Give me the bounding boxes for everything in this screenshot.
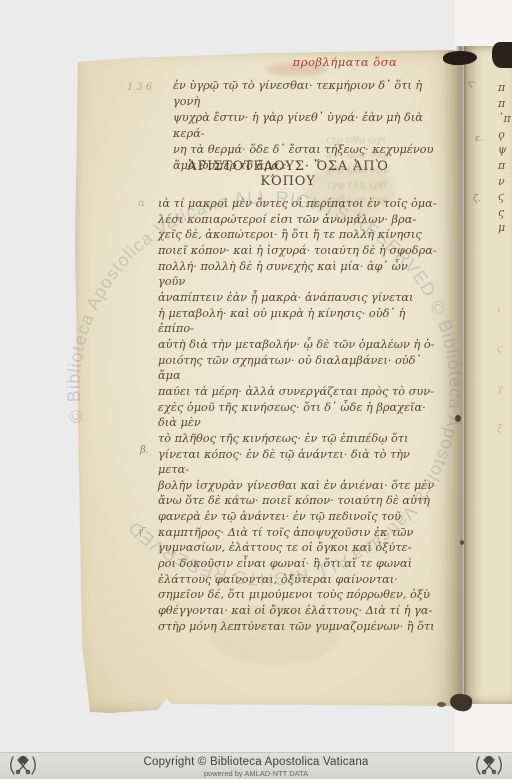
manuscript-line: τὸ πλῆθος τῆς κινήσεως· ἐν τῷ ἐπιπέδῳ ὅτ… — [158, 431, 438, 447]
manuscript-line: ροι δοκοῦσιν εἶναι φωναί· ἢ ὅτι αἵ τε φω… — [158, 556, 438, 572]
bleedthrough-line: ϛερ πθμ ωχι — [326, 133, 494, 148]
manuscript-viewer: ππ῾πϙψπνϛςμ ιϛχξ· ς· ε. ζ. προβλήματα ὅσ… — [0, 0, 512, 779]
manuscript-line: φθέγγονται· καὶ οἱ ὄγκοι ἐλάττους· Διὰ τ… — [158, 603, 438, 619]
problem-number-beta: β. — [140, 445, 149, 456]
text-fragment: ν — [498, 174, 512, 190]
text-fragment: ῾π — [498, 111, 512, 127]
manuscript-page-wrap: προβλήματα ὅσα 136 ἐν ὑγρῷ τῷ τὸ γίνεσθα… — [70, 45, 462, 720]
text-fragment: π — [498, 80, 512, 96]
running-title: προβλήματα ὅσα — [270, 55, 420, 69]
folio-number: 136 — [127, 82, 155, 93]
text-fragment: ϙ — [498, 127, 512, 143]
binding-mark-top-right — [492, 42, 512, 68]
text-fragment: ξ — [497, 410, 511, 450]
problem-number-gamma: γ͂ — [139, 526, 143, 537]
manuscript-line: πολλή· πολλὴ δὲ ἡ συνεχὴς καὶ μία· ἀφ᾽ ὧ… — [158, 259, 438, 290]
manuscript-line: σημεῖον δέ, ὅτι μιμούμενοι τοὺς πόρρωθεν… — [158, 587, 438, 603]
text-fragment: χ — [497, 370, 511, 410]
manuscript-line: στὴρ μόνη λεπτύνεται τῶν γυμναζομένων· ἢ… — [158, 619, 438, 635]
manuscript-line: βολὴν ἰσχυρὰν γίνεσθαι καὶ ἐν ἀνιέναι· ὅ… — [158, 478, 438, 494]
manuscript-line: γυμνασίων, ἐλάττους τε οἱ ὄγκοι καὶ ὀξύτ… — [158, 540, 438, 556]
manuscript-line: λέσι κοπιαρώτεροί εἰσι τῶν ἀνωμάλων· βρα… — [158, 212, 438, 228]
problem-number-alpha: α — [138, 198, 145, 209]
facing-page-faint-fragments: ιϛχξ· — [497, 290, 511, 490]
text-fragment: ψ — [498, 142, 512, 158]
gutter-speck — [455, 415, 461, 422]
manuscript-line: ἄνω ὅτε δὲ κάτω· ποιεῖ κόπον· τοιαύτη δὲ… — [158, 493, 438, 509]
vatican-emblem-icon — [9, 752, 37, 778]
gutter-speck — [460, 540, 464, 545]
text-fragment: · — [497, 450, 511, 490]
manuscript-line: αὐτὴ διὰ τὴν μεταβολήν· ᾧ δὲ τῶν ὁμαλέων… — [158, 337, 438, 353]
text-fragment: ϛ — [497, 330, 511, 370]
copyright-text: Copyright © Biblioteca Apostolica Vatica… — [0, 756, 512, 768]
facing-page-text-fragments: ππ῾πϙψπνϛςμ — [498, 80, 512, 248]
facing-page-problem-number: ς· — [468, 78, 476, 89]
manuscript-line: γίνεται κόπος· ἐν δὲ τῷ ἀνάντει· διὰ τὸ … — [158, 447, 438, 478]
text-fragment: μ — [498, 220, 512, 236]
text-fragment: π — [498, 158, 512, 174]
manuscript-line: ἐν ὑγρῷ τῷ τὸ γίνεσθαι· τεκμήριον δ᾽ ὅτι… — [173, 78, 439, 110]
manuscript-line: φανερὰ ἐν τῷ ἀνάντει· ἐν τῷ πεδινοῖς τοῦ — [158, 509, 438, 525]
manuscript-line: ποιεῖ κόπον· καὶ ἡ ἰσχυρά· τοιαύτη δὲ ἡ … — [158, 243, 438, 259]
manuscript-line: ἀναπίπτειν ἐὰν ᾖ μακρὰ· ἀνάπαυσις γίνετα… — [158, 290, 438, 306]
text-fragment: ϛ — [498, 189, 512, 205]
text-fragment: π — [498, 96, 512, 112]
manuscript-line: ἡ μεταβολή· καὶ οὐ μικρὰ ἡ κίνησις· οὐδ᾽… — [158, 306, 438, 337]
vatican-emblem-icon — [475, 752, 503, 778]
text-fragment: ς — [498, 205, 512, 221]
footer-bar: Copyright © Biblioteca Apostolica Vatica… — [0, 752, 512, 779]
manuscript-line: χεῖς δὲ, ἀκοπώτεροι· ἢ ὅτι ἥ τε πολλὴ κί… — [158, 227, 438, 243]
manuscript-line: μοιότης τῶν σχημάτων· οὐ διαλαμβάνει· οὐ… — [158, 353, 438, 384]
main-text-block: ιὰ τί μακροὶ μὲν ὄντες οἱ περίπατοι ἐν τ… — [158, 196, 438, 634]
text-fragment: ι — [497, 290, 511, 330]
manuscript-line: εχὲς ὁμοῦ τῆς κινήσεως· ὅτι δ᾽ ὧδε ἡ βρα… — [158, 400, 438, 431]
section-heading: ἈΡΙΣΤΟΤΕΛΟΥΣ· ὍΣΑ ἈΠῸ ΚΌΠΟΥ — [162, 159, 414, 189]
manuscript-line: παύει τὰ μέρη· ἀλλὰ συνεργάζεται πρὸς τὸ… — [158, 384, 438, 400]
powered-by-text: powered by AMLAD-NTT DATA — [0, 769, 512, 778]
manuscript-line: ἐλάττους φαίνονται, ὀξύτεραι φαίνονται· — [158, 572, 438, 588]
gutter-speck — [437, 702, 446, 707]
manuscript-line: καμπτῆρος· Διὰ τί τοῖς ἀποψυχοῦσιν ἐκ τῶ… — [158, 525, 438, 541]
manuscript-line: ιὰ τί μακροὶ μὲν ὄντες οἱ περίπατοι ἐν τ… — [158, 196, 438, 212]
